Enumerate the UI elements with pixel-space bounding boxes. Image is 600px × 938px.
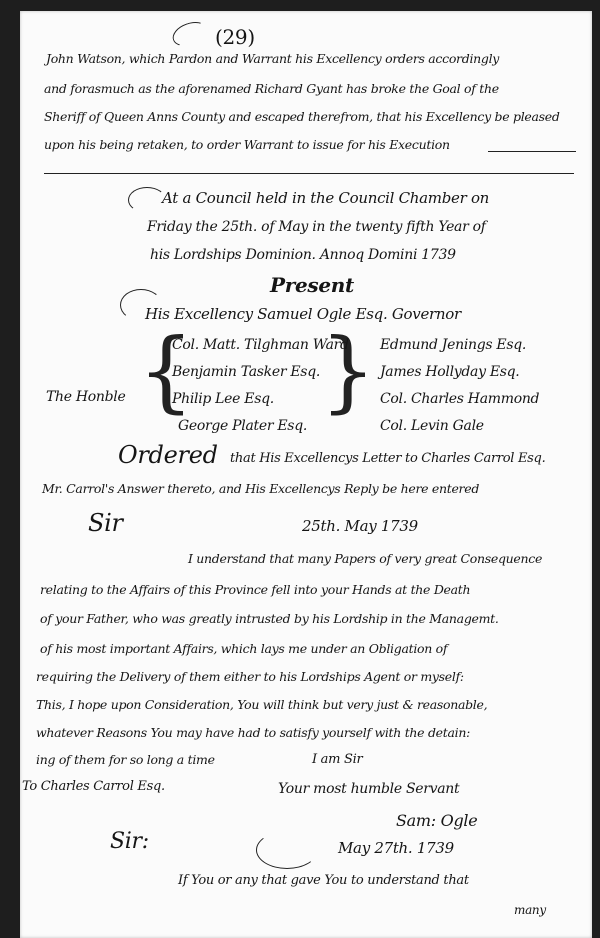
ordered-text: that His Excellencys Letter to Charles C… — [230, 451, 545, 466]
member-name: Philip Lee Esq. — [172, 391, 274, 407]
manuscript-page: (29) John Watson, which Pardon and Warra… — [20, 11, 592, 938]
salutation: Sir: — [110, 829, 149, 854]
letter-line: whatever Reasons You may have had to sat… — [36, 725, 470, 740]
honble-label: The Honble — [46, 389, 125, 405]
letter-line: ing of them for so long a time — [36, 752, 215, 767]
heading-line: Friday the 25th. of May in the twenty fi… — [147, 219, 486, 235]
page-number: (29) — [215, 25, 255, 49]
catchword: many — [514, 903, 546, 917]
text-line: and forasmuch as the aforenamed Richard … — [44, 81, 499, 96]
letter-date: 25th. May 1739 — [302, 517, 418, 535]
ordered-text: Mr. Carrol's Answer thereto, and His Exc… — [42, 481, 479, 496]
member-name: James Hollyday Esq. — [380, 364, 519, 380]
letter-line: I understand that many Papers of very gr… — [188, 551, 542, 566]
date-flourish — [256, 831, 318, 869]
end-line — [488, 151, 576, 152]
member-name: Edmund Jenings Esq. — [380, 337, 526, 353]
member-name: George Plater Esq. — [178, 418, 307, 434]
letter-line: This, I hope upon Consideration, You wil… — [36, 697, 487, 712]
letter-date: May 27th. 1739 — [338, 839, 454, 857]
addressee: To Charles Carrol Esq. — [22, 779, 165, 794]
text-line: upon his being retaken, to order Warrant… — [44, 137, 450, 152]
section-divider-left — [44, 173, 354, 174]
letter-line: of his most important Affairs, which lay… — [40, 641, 447, 656]
text-line: John Watson, which Pardon and Warrant hi… — [46, 51, 499, 66]
section-divider-right — [338, 173, 574, 174]
member-name: Col. Matt. Tilghman Ward — [172, 337, 349, 353]
letter-line: If You or any that gave You to understan… — [178, 873, 469, 888]
signature: Sam: Ogle — [396, 811, 477, 830]
heading-line: his Lordships Dominion. Annoq Domini 173… — [150, 247, 456, 263]
present-label: Present — [270, 273, 354, 297]
heading-flourish — [128, 187, 166, 213]
text-line: Sheriff of Queen Anns County and escaped… — [44, 109, 560, 124]
closing: I am Sir — [312, 752, 362, 767]
member-name: Col. Charles Hammond — [380, 391, 539, 407]
top-flourish — [169, 18, 210, 51]
ordered-word: Ordered — [118, 441, 218, 469]
heading-line: At a Council held in the Council Chamber… — [162, 189, 489, 207]
closing-line: Your most humble Servant — [278, 781, 459, 797]
salutation: Sir — [88, 509, 123, 537]
letter-line: relating to the Affairs of this Province… — [40, 582, 470, 597]
member-name: Col. Levin Gale — [380, 418, 484, 434]
governor-flourish — [120, 289, 162, 321]
letter-line: of your Father, who was greatly intruste… — [40, 611, 499, 626]
member-name: Benjamin Tasker Esq. — [172, 364, 320, 380]
letter-line: requiring the Delivery of them either to… — [36, 669, 464, 684]
